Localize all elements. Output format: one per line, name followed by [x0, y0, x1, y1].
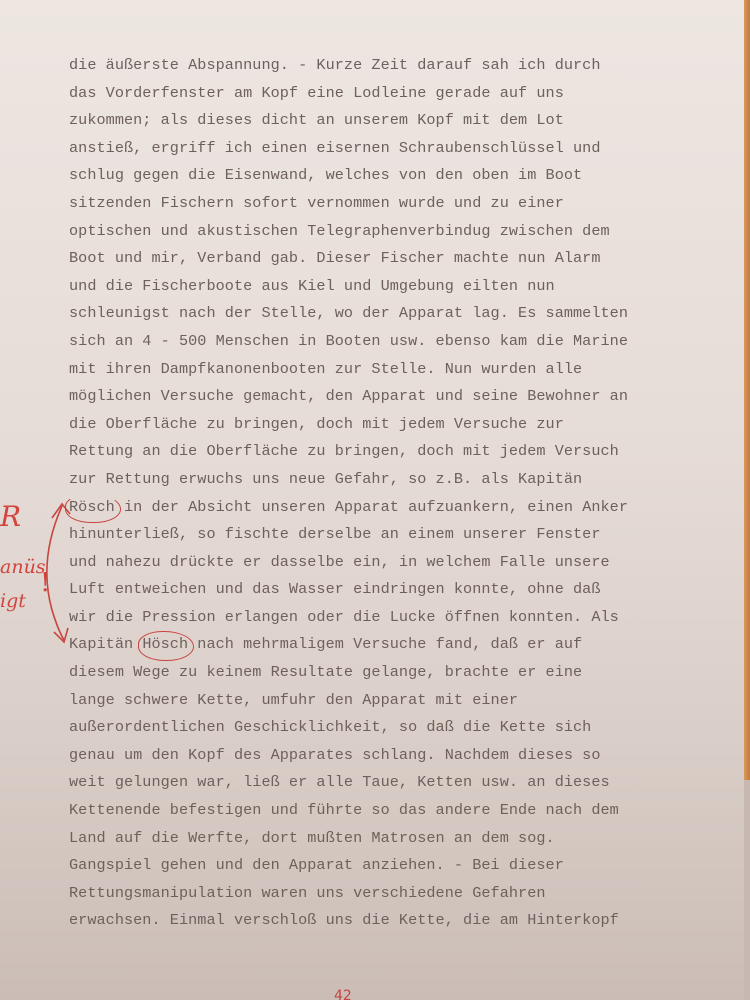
text-line: weit gelungen war, ließ er alle Taue, Ke… — [69, 769, 709, 797]
text-line: Rettung an die Oberfläche zu bringen, do… — [69, 438, 709, 466]
text-line: Gangspiel gehen und den Apparat anziehen… — [69, 852, 709, 880]
margin-annotation-letter: R — [0, 500, 21, 533]
text-line: die Oberfläche zu bringen, doch mit jede… — [69, 411, 709, 439]
text-line: und die Fischerboote aus Kiel und Umgebu… — [69, 273, 709, 301]
text-line: schleunigst nach der Stelle, wo der Appa… — [69, 300, 709, 328]
text-line: Rösch in der Absicht unseren Apparat auf… — [69, 494, 709, 522]
text-line: wir die Pression erlangen oder die Lucke… — [69, 604, 709, 632]
text-line: Kapitän Hösch nach mehrmaligem Versuche … — [69, 631, 709, 659]
circled-name: Rösch — [69, 494, 115, 522]
document-page: die äußerste Abspannung. - Kurze Zeit da… — [0, 0, 744, 1000]
margin-annotation-word: anüs — [0, 556, 46, 578]
page-edge-shadow — [744, 780, 750, 1000]
text-line: außerordentlichen Geschicklichkeit, so d… — [69, 714, 709, 742]
text-line: anstieß, ergriff ich einen eisernen Schr… — [69, 135, 709, 163]
text-line: sich an 4 - 500 Menschen in Booten usw. … — [69, 328, 709, 356]
text-line: Land auf die Werfte, dort mußten Matrose… — [69, 825, 709, 853]
page-number: 42 — [334, 988, 352, 1000]
text-line: die äußerste Abspannung. - Kurze Zeit da… — [69, 52, 709, 80]
margin-annotation-word: igt — [0, 590, 26, 612]
text-line: lange schwere Kette, umfuhr den Apparat … — [69, 687, 709, 715]
text-line: schlug gegen die Eisenwand, welches von … — [69, 162, 709, 190]
text-line: zukommen; als dieses dicht an unserem Ko… — [69, 107, 709, 135]
circled-name: Hösch — [142, 631, 188, 659]
margin-exclamation-mark: ! — [40, 568, 50, 598]
text-line: Rettungsmanipulation waren uns verschied… — [69, 880, 709, 908]
text-line: diesem Wege zu keinem Resultate gelange,… — [69, 659, 709, 687]
page-edge-strip — [744, 0, 750, 780]
text-line: das Vorderfenster am Kopf eine Lodleine … — [69, 80, 709, 108]
text-line: Kettenende befestigen und führte so das … — [69, 797, 709, 825]
text-line: Luft entweichen und das Wasser eindringe… — [69, 576, 709, 604]
text-line: erwachsen. Einmal verschloß uns die Kett… — [69, 907, 709, 935]
text-line: und nahezu drückte er dasselbe ein, in w… — [69, 549, 709, 577]
text-line: mit ihren Dampfkanonenbooten zur Stelle.… — [69, 356, 709, 384]
text-line: Boot und mir, Verband gab. Dieser Fische… — [69, 245, 709, 273]
text-line: sitzenden Fischern sofort vernommen wurd… — [69, 190, 709, 218]
text-line: zur Rettung erwuchs uns neue Gefahr, so … — [69, 466, 709, 494]
text-line: hinunterließ, so fischte derselbe an ein… — [69, 521, 709, 549]
text-line: genau um den Kopf des Apparates schlang.… — [69, 742, 709, 770]
text-line: möglichen Versuche gemacht, den Apparat … — [69, 383, 709, 411]
text-line: optischen und akustischen Telegraphenver… — [69, 218, 709, 246]
typed-text-body: die äußerste Abspannung. - Kurze Zeit da… — [69, 52, 709, 935]
